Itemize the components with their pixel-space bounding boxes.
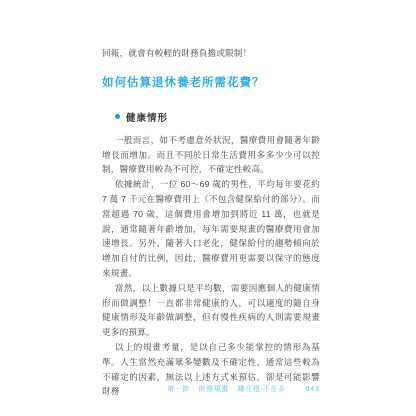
bullet-item: 健康情形 <box>115 110 320 124</box>
bullet-label: 健康情形 <box>126 110 168 124</box>
footer-chapter-title: 財務規畫 <box>199 384 229 394</box>
page-content: 回報，就會有較輕的財務負擔或限制！ 如何估算退休養老所需花費？ 健康情形 一般而… <box>102 46 320 399</box>
paragraph-health-general: 一般而言，如不考慮意外狀況，醫療費用會隨著年齡增長而增加。而且不同於日常生活費用… <box>102 133 320 177</box>
paragraph-statistics: 依據統計，一位 60～69 歲的男性，平均每年要花約 7 萬 7 千元在醫療費用… <box>102 177 320 281</box>
footer-section-number: 第一節 <box>167 384 190 394</box>
section-heading: 如何估算退休養老所需花費？ <box>102 74 320 90</box>
bullet-dot-icon <box>115 114 120 119</box>
footer-chapter-subtitle: 賺在穩‧不在多 <box>238 384 286 394</box>
page-number: 043 <box>305 386 320 393</box>
book-page: 回報，就會有較輕的財務負擔或限制！ 如何估算退休養老所需花費？ 健康情形 一般而… <box>0 0 416 416</box>
intro-continuation-line: 回報，就會有較輕的財務負擔或限制！ <box>102 46 320 61</box>
page-footer: 第一節 財務規畫 賺在穩‧不在多 043 <box>102 384 320 394</box>
paragraph-adjustment: 當然，以上數據只是平均數，需要因應個人的健康情形而做調整！一直都非常健康的人，可… <box>102 281 320 340</box>
